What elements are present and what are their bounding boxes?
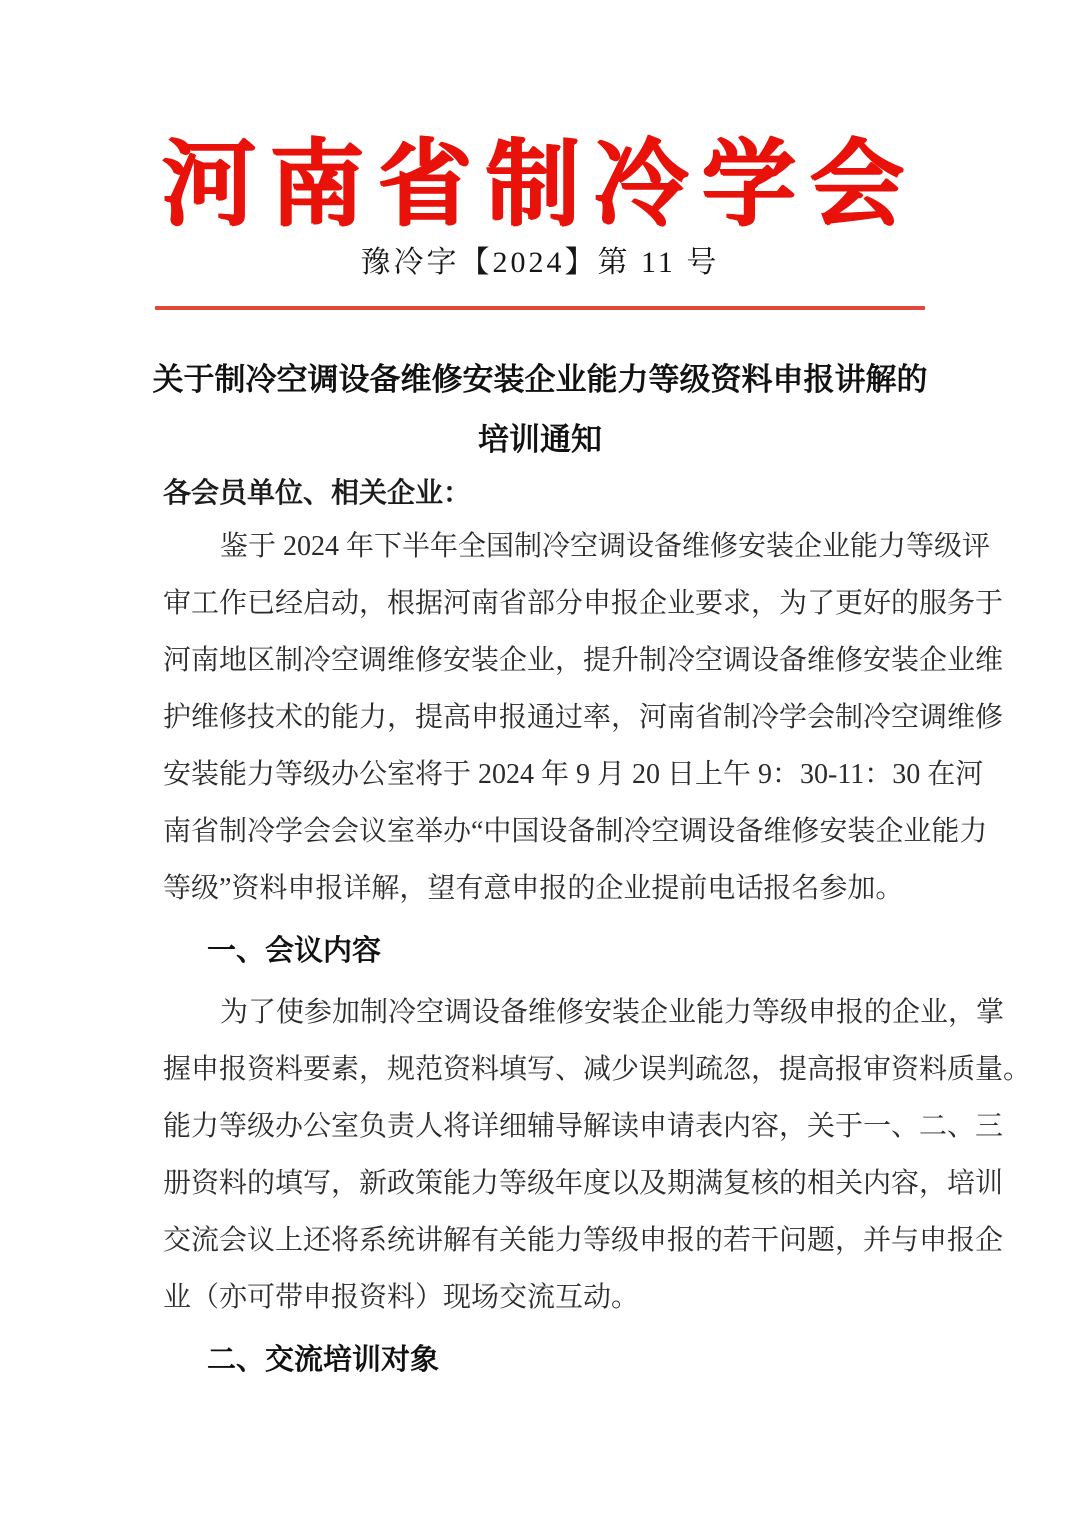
paragraph-line: 业（亦可带申报资料）现场交流互动。 [163,1269,922,1326]
notice-document-page: 河南省制冷学会 豫冷字【2024】第 11 号 关于制冷空调设备维修安装企业能力… [0,0,1080,1527]
section-heading-1: 一、会议内容 [163,923,922,980]
paragraph-line: 等级”资料申报详解，望有意申报的企业提前电话报名参加。 [163,860,922,917]
paragraph-line: 护维修技术的能力，提高申报通过率，河南省制冷学会制冷空调维修 [163,689,922,746]
paragraph-line: 南省制冷学会会议室举办“中国设备制冷空调设备维修安装企业能力 [163,803,922,860]
paragraph-2: 为了使参加制冷空调设备维修安装企业能力等级申报的企业，掌 握申报资料要素，规范资… [163,984,922,1326]
paragraph-line: 能力等级办公室负责人将详细辅导解读申请表内容，关于一、二、三 [163,1098,922,1155]
paragraph-line: 河南地区制冷空调维修安装企业，提升制冷空调设备维修安装企业维 [163,632,922,689]
paragraph-line: 交流会议上还将系统讲解有关能力等级申报的若干问题，并与申报企 [163,1212,922,1269]
paragraph-line: 安装能力等级办公室将于 2024 年 9 月 20 日上午 9：30-11：30… [163,746,922,803]
paragraph-1: 鉴于 2024 年下半年全国制冷空调设备维修安装企业能力等级评 审工作已经启动，… [163,518,922,917]
paragraph-line: 握申报资料要素，规范资料填写、减少误判疏忽，提高报审资料质量。 [163,1041,922,1098]
paragraph-line: 为了使参加制冷空调设备维修安装企业能力等级申报的企业，掌 [163,984,922,1041]
org-name-red-header: 河南省制冷学会 [0,0,1080,232]
salutation: 各会员单位、相关企业： [163,474,922,514]
notice-title: 关于制冷空调设备维修安装企业能力等级资料申报讲解的 培训通知 [80,350,1000,470]
notice-title-line1: 关于制冷空调设备维修安装企业能力等级资料申报讲解的 [80,350,1000,410]
red-divider-line [155,306,925,310]
section-heading-2: 二、交流培训对象 [163,1332,922,1389]
paragraph-line: 审工作已经启动，根据河南省部分申报企业要求，为了更好的服务于 [163,575,922,632]
notice-body: 各会员单位、相关企业： 鉴于 2024 年下半年全国制冷空调设备维修安装企业能力… [0,474,1080,1389]
doc-number: 豫冷字【2024】第 11 号 [0,246,1080,280]
notice-title-line2: 培训通知 [80,410,1000,470]
paragraph-line: 鉴于 2024 年下半年全国制冷空调设备维修安装企业能力等级评 [163,518,922,575]
paragraph-line: 册资料的填写，新政策能力等级年度以及期满复核的相关内容，培训 [163,1155,922,1212]
